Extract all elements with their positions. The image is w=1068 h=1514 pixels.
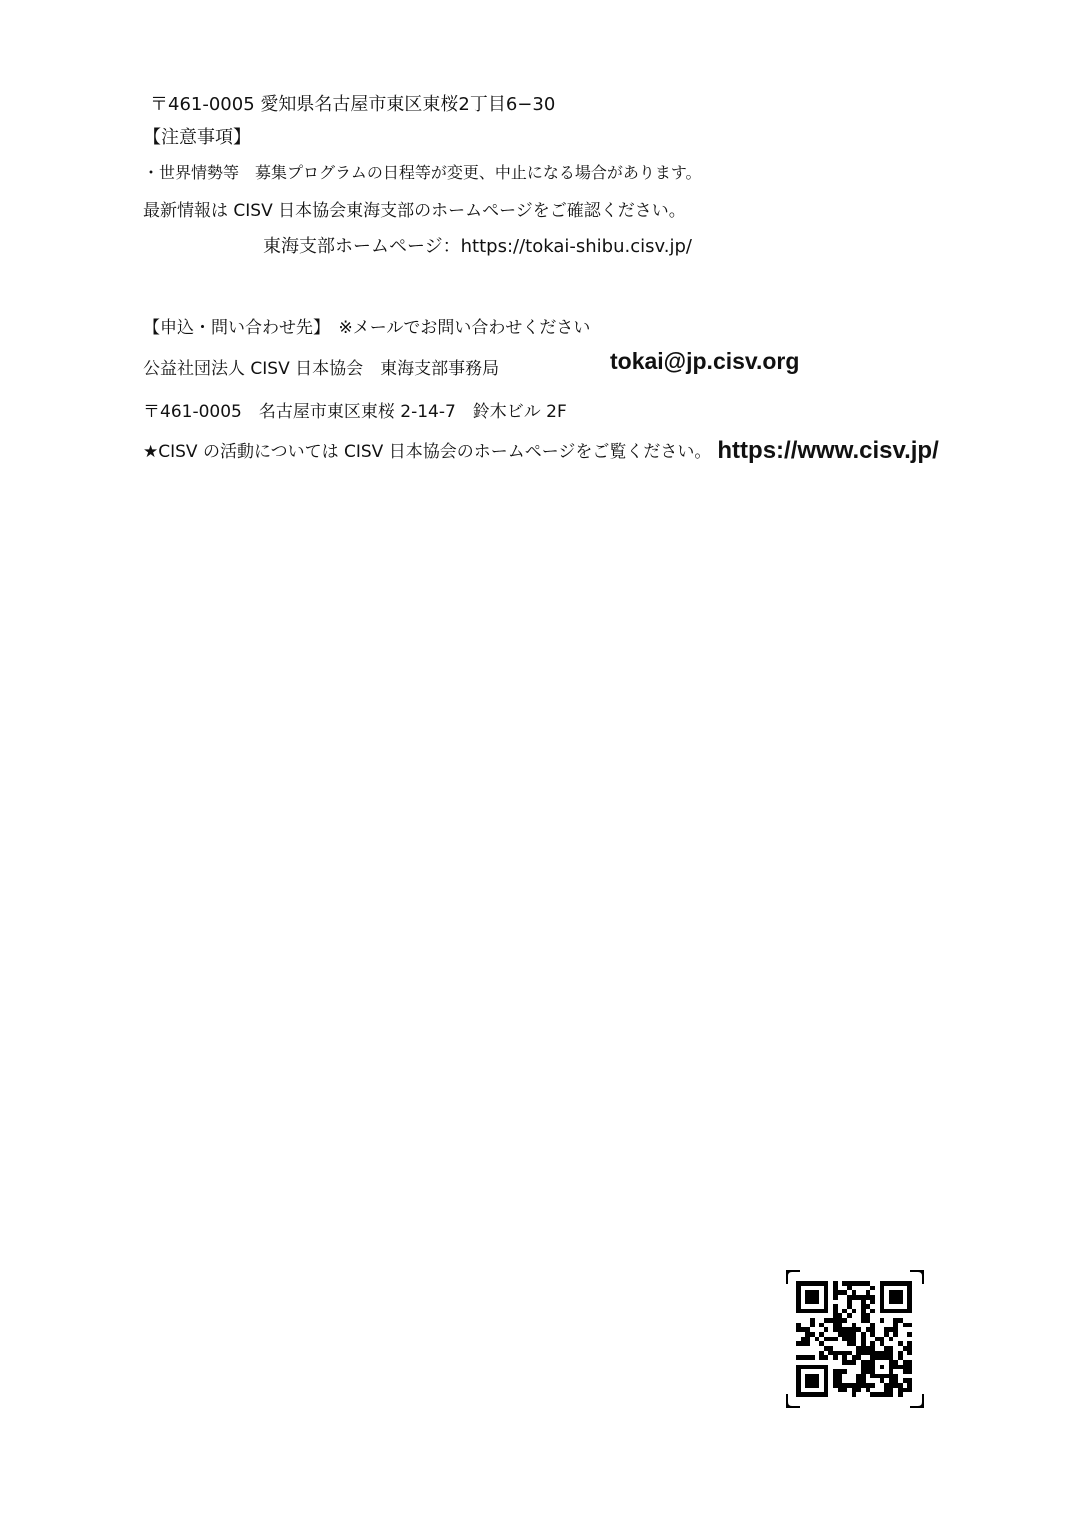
- branch-homepage: 東海支部ホームページ：https://tokai-shibu.cisv.jp/: [263, 232, 692, 258]
- email-link[interactable]: tokai@jp.cisv.org: [610, 348, 799, 375]
- cisv-info-text: ★CISV の活動については CISV 日本協会のホームページをご覧ください。: [143, 442, 711, 462]
- notes-line-2: 最新情報は CISV 日本協会東海支部のホームページをご確認ください。: [143, 196, 686, 221]
- address-line: 〒461-0005 愛知県名古屋市東区東桜2丁目6−30: [150, 90, 555, 116]
- notes-line-1: ・世界情勢等 募集プログラムの日程等が変更、中止になる場合があります。: [143, 160, 702, 183]
- branch-homepage-label: 東海支部ホームページ：: [263, 236, 461, 257]
- organization-name: 公益社団法人 CISV 日本協会 東海支部事務局: [143, 359, 499, 379]
- branch-homepage-link[interactable]: https://tokai-shibu.cisv.jp/: [461, 236, 692, 257]
- office-address: 〒461-0005 名古屋市東区東桜 2-14-7 鈴木ビル 2F: [143, 397, 567, 422]
- qr-modules: [796, 1281, 912, 1397]
- contact-heading: 【申込・問い合わせ先】 ※メールでお問い合わせください: [143, 313, 590, 338]
- notes-heading: 【注意事項】: [143, 123, 251, 149]
- cisv-info-line: ★CISV の活動については CISV 日本協会のホームページをご覧ください。h…: [143, 436, 939, 464]
- cisv-homepage-link[interactable]: https://www.cisv.jp/: [717, 437, 938, 464]
- organization-line: 公益社団法人 CISV 日本協会 東海支部事務局 tokai@jp.cisv.o…: [143, 354, 499, 379]
- qr-code-icon[interactable]: [786, 1270, 924, 1408]
